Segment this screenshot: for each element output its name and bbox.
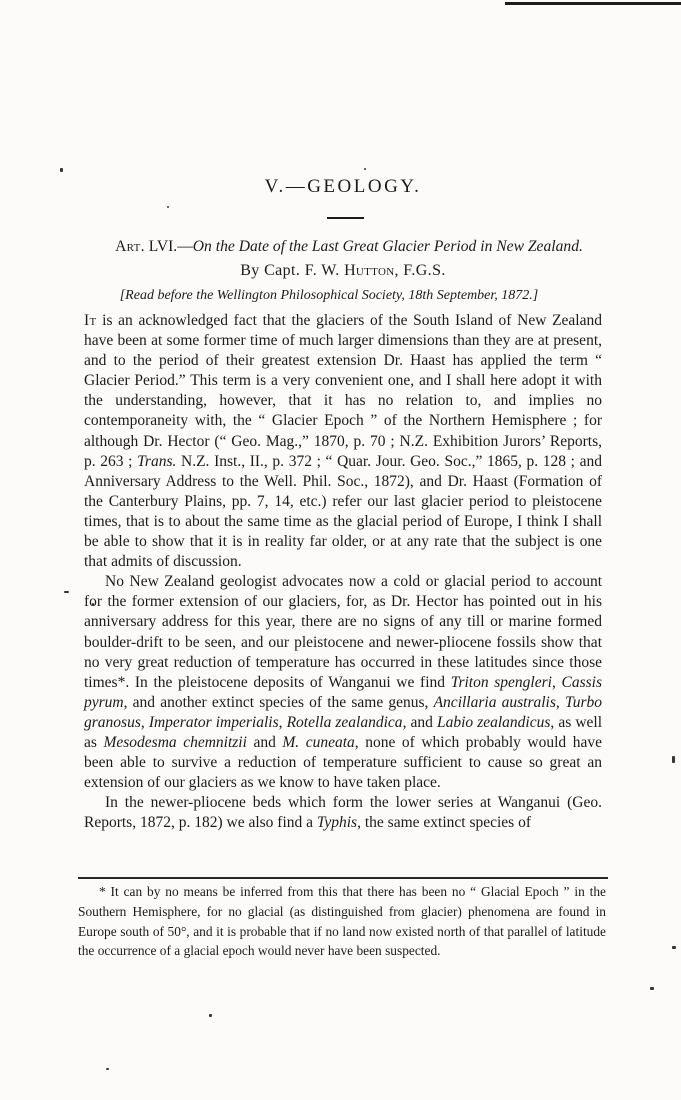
body-paragraph: In the newer-pliocene beds which form th…: [84, 793, 602, 833]
text-run: LVI.—: [145, 238, 193, 255]
scan-edge-line: [505, 2, 681, 5]
scan-speck: [364, 168, 366, 170]
body-paragraph: No New Zealand geologist advocates now a…: [84, 572, 602, 793]
scan-speck: [60, 168, 63, 172]
scan-speck: [64, 591, 69, 593]
text-run: ,: [552, 674, 562, 691]
italic-text: Typhis: [317, 814, 357, 831]
italic-text: On the Date of the Last Great Glacier Pe…: [193, 238, 583, 255]
text-run: ,: [279, 714, 287, 731]
section-title: V.—GEOLOGY.: [84, 176, 602, 198]
text-run: ,: [556, 694, 565, 711]
italic-text: Triton spengleri: [451, 674, 552, 691]
body-paragraph: It is an acknowledged fact that the glac…: [84, 311, 602, 572]
italic-text: M. cuneata: [282, 734, 354, 751]
smallcaps-text: Art.: [115, 238, 145, 255]
smallcaps-text: It: [84, 312, 96, 329]
italic-text: Rotella zealandica: [287, 714, 403, 731]
scanned-page: V.—GEOLOGY. Art. LVI.—On the Date of the…: [0, 0, 681, 1100]
text-run: N.Z. Inst., II., p. 372 ; “ Quar. Jour. …: [84, 453, 602, 570]
article-byline: By Capt. F. W. Hutton, F.G.S.: [84, 261, 602, 280]
read-before-note: [Read before the Wellington Philosophica…: [70, 287, 588, 305]
text-run: and: [247, 734, 282, 751]
footnote: * It can by no means be inferred from th…: [78, 882, 606, 961]
scan-speck: [167, 206, 169, 208]
smallcaps-text: Hutton: [344, 262, 394, 279]
text-run: , and another extinct species of the sam…: [124, 694, 434, 711]
scan-speck: [672, 756, 675, 763]
text-run: is an acknowledged fact that the glacier…: [84, 312, 602, 470]
text-run: By Capt. F. W.: [240, 262, 344, 279]
article-heading: Art. LVI.—On the Date of the Last Great …: [90, 237, 608, 256]
italic-text: Ancillaria australis: [434, 694, 556, 711]
text-run: , F.G.S.: [395, 262, 446, 279]
scan-speck: [650, 987, 654, 990]
section-divider-rule: [327, 217, 364, 219]
italic-text: Trans.: [137, 453, 176, 470]
italic-text: Labio zealandicus: [437, 714, 550, 731]
italic-text: Imperator imperialis: [149, 714, 279, 731]
scan-speck: [106, 1068, 109, 1070]
italic-text: Mesodesma chemnitzii: [103, 734, 246, 751]
text-run: , the same extinct species of: [357, 814, 531, 831]
body-paragraphs: It is an acknowledged fact that the glac…: [84, 311, 602, 833]
text-run: * It can by no means be inferred from th…: [78, 884, 606, 958]
text-run: , and: [403, 714, 437, 731]
text-run: ,: [141, 714, 149, 731]
scan-speck: [209, 1014, 212, 1017]
scan-speck: [92, 603, 94, 606]
footnote-divider-rule: [78, 877, 608, 879]
scan-speck: [672, 946, 676, 949]
